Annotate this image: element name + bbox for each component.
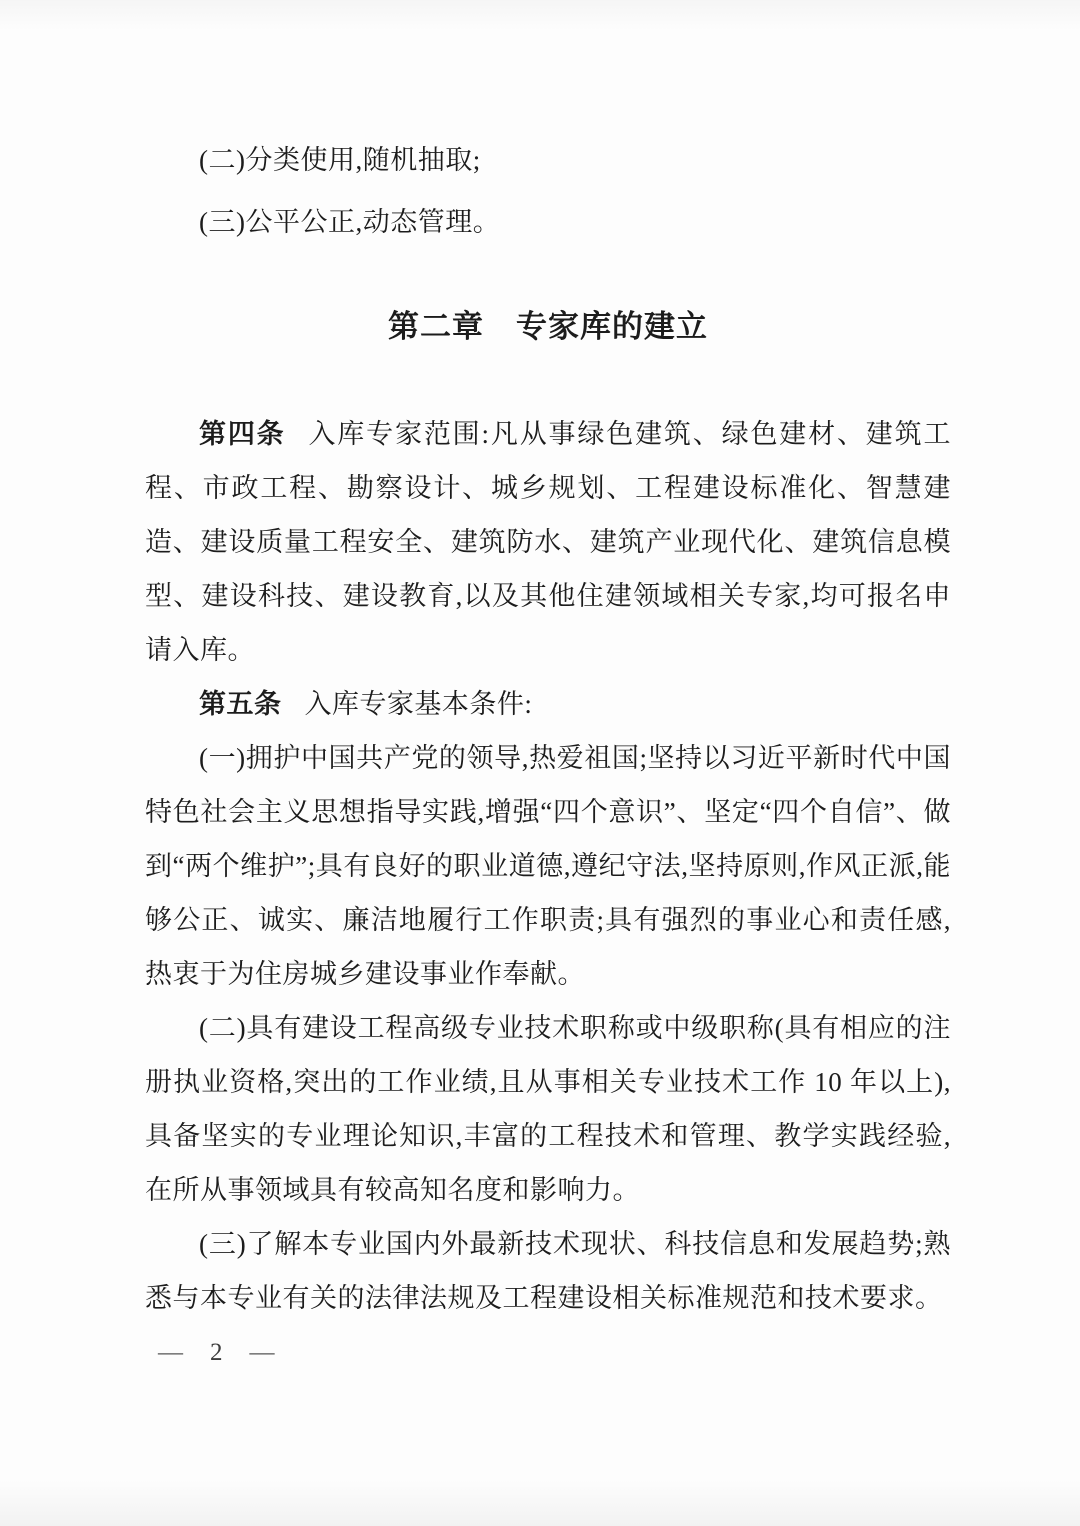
document-page: (二)分类使用,随机抽取; (三)公平公正,动态管理。 第二章 专家库的建立 第… bbox=[0, 0, 1080, 1526]
article-4-paragraph: 第四条入库专家范围:凡从事绿色建筑、绿色建材、建筑工程、市政工程、勘察设计、城乡… bbox=[145, 407, 951, 677]
clause-2-paragraph: (二)具有建设工程高级专业技术职称或中级职称(具有相应的注册执业资格,突出的工作… bbox=[145, 1001, 951, 1217]
article-5-lead: 第五条 bbox=[199, 689, 282, 719]
footer-dash-right: — bbox=[250, 1338, 276, 1368]
chapter-heading: 第二章 专家库的建立 bbox=[145, 297, 951, 357]
document-text-block: (二)分类使用,随机抽取; (三)公平公正,动态管理。 第二章 专家库的建立 第… bbox=[145, 133, 951, 1325]
footer-dash-left: — bbox=[158, 1338, 184, 1368]
article-5-paragraph: 第五条入库专家基本条件: bbox=[145, 677, 951, 731]
list-item-2: (二)分类使用,随机抽取; bbox=[145, 133, 951, 187]
article-4-text: 入库专家范围:凡从事绿色建筑、绿色建材、建筑工程、市政工程、勘察设计、城乡规划、… bbox=[145, 419, 951, 665]
clause-1-paragraph: (一)拥护中国共产党的领导,热爱祖国;坚持以习近平新时代中国特色社会主义思想指导… bbox=[145, 731, 951, 1001]
list-item-3: (三)公平公正,动态管理。 bbox=[145, 195, 951, 249]
page-footer: —2— bbox=[158, 1338, 276, 1368]
article-5-text: 入库专家基本条件: bbox=[304, 689, 532, 719]
article-4-lead: 第四条 bbox=[199, 419, 286, 449]
page-number: 2 bbox=[210, 1338, 224, 1368]
clause-3-paragraph: (三)了解本专业国内外最新技术现状、科技信息和发展趋势;熟悉与本专业有关的法律法… bbox=[145, 1217, 951, 1325]
